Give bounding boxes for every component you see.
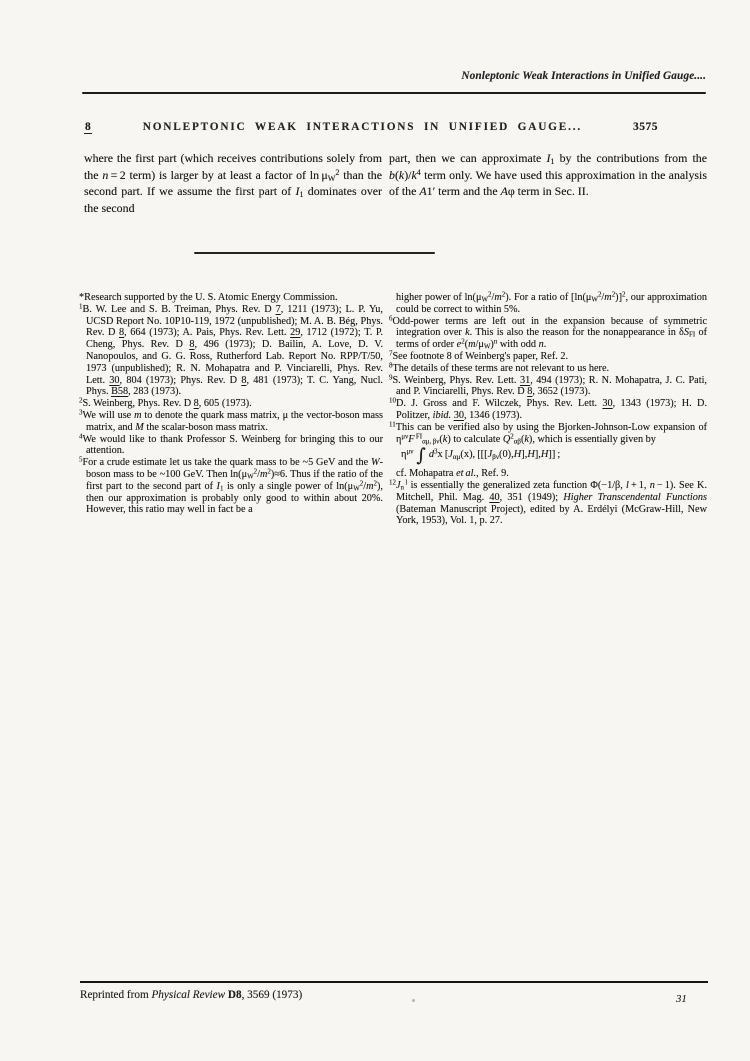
footnote-item-9: 9S. Weinberg, Phys. Rev. Lett. 31, 494 (…: [389, 375, 707, 399]
header-rule: [82, 92, 706, 94]
footnote-item-5: 5For a crude estimate let us take the qu…: [79, 457, 383, 516]
footnote-item-3: 3We will use m to denote the quark mass …: [79, 410, 383, 434]
footnote-item-5-continuation: higher power of ln(μW2/m2). For a ratio …: [389, 292, 707, 316]
body-column-left: where the first part (which receives con…: [84, 150, 382, 216]
footnote-separator-rule: [194, 252, 435, 254]
footnote-item-star: *Research supported by the U. S. Atomic …: [79, 292, 383, 304]
footnote-item-2: 2S. Weinberg, Phys. Rev. D 8, 605 (1973)…: [79, 398, 383, 410]
footnote-item-10: 10D. J. Gross and F. Wilczek, Phys. Rev.…: [389, 398, 707, 422]
footnote-item-11: 11This can be verified also by using the…: [389, 422, 707, 446]
running-head-title: NONLEPTONIC WEAK INTERACTIONS IN UNIFIED…: [143, 121, 582, 133]
footnotes-right-column: higher power of ln(μW2/m2). For a ratio …: [389, 292, 707, 527]
body-paragraph-right: part, then we can approximate I1 by the …: [389, 150, 707, 200]
running-head-page-number: 3575: [633, 121, 658, 133]
scan-speck: [412, 999, 415, 1002]
footnote-item-11-cf: cf. Mohapatra et al., Ref. 9.: [389, 468, 707, 480]
footnote-item-7: 7See footnote 8 of Weinberg's paper, Ref…: [389, 351, 707, 363]
footnote-item-1: 1B. W. Lee and S. B. Treiman, Phys. Rev.…: [79, 304, 383, 398]
body-paragraph-left: where the first part (which receives con…: [84, 150, 382, 216]
footnote-item-8: 8The details of these terms are not rele…: [389, 363, 707, 375]
footnote-item-6: 6Odd-power terms are left out in the exp…: [389, 316, 707, 351]
footnote-equation: ημν∫d3x [Jαμ(x), [[[Jβν(0),H],H],H]] ;: [401, 449, 707, 462]
scanned-paper-page: Nonleptonic Weak Interactions in Unified…: [0, 0, 750, 1061]
body-column-right: part, then we can approximate I1 by the …: [389, 150, 707, 200]
footnotes-left-column: *Research supported by the U. S. Atomic …: [79, 292, 383, 516]
reprint-credit: Reprinted from Physical Review D8, 3569 …: [80, 989, 302, 1001]
footnote-item-12: 12Jn l is essentially the generalized ze…: [389, 480, 707, 527]
chapter-number: 8: [84, 121, 92, 134]
running-head: 8 NONLEPTONIC WEAK INTERACTIONS IN UNIFI…: [84, 121, 658, 134]
footer-rule: [80, 981, 708, 983]
footnote-item-4: 4We would like to thank Professor S. Wei…: [79, 434, 383, 458]
running-title-italic: Nonleptonic Weak Interactions in Unified…: [82, 70, 706, 82]
folio-page-number: 31: [676, 993, 687, 1005]
